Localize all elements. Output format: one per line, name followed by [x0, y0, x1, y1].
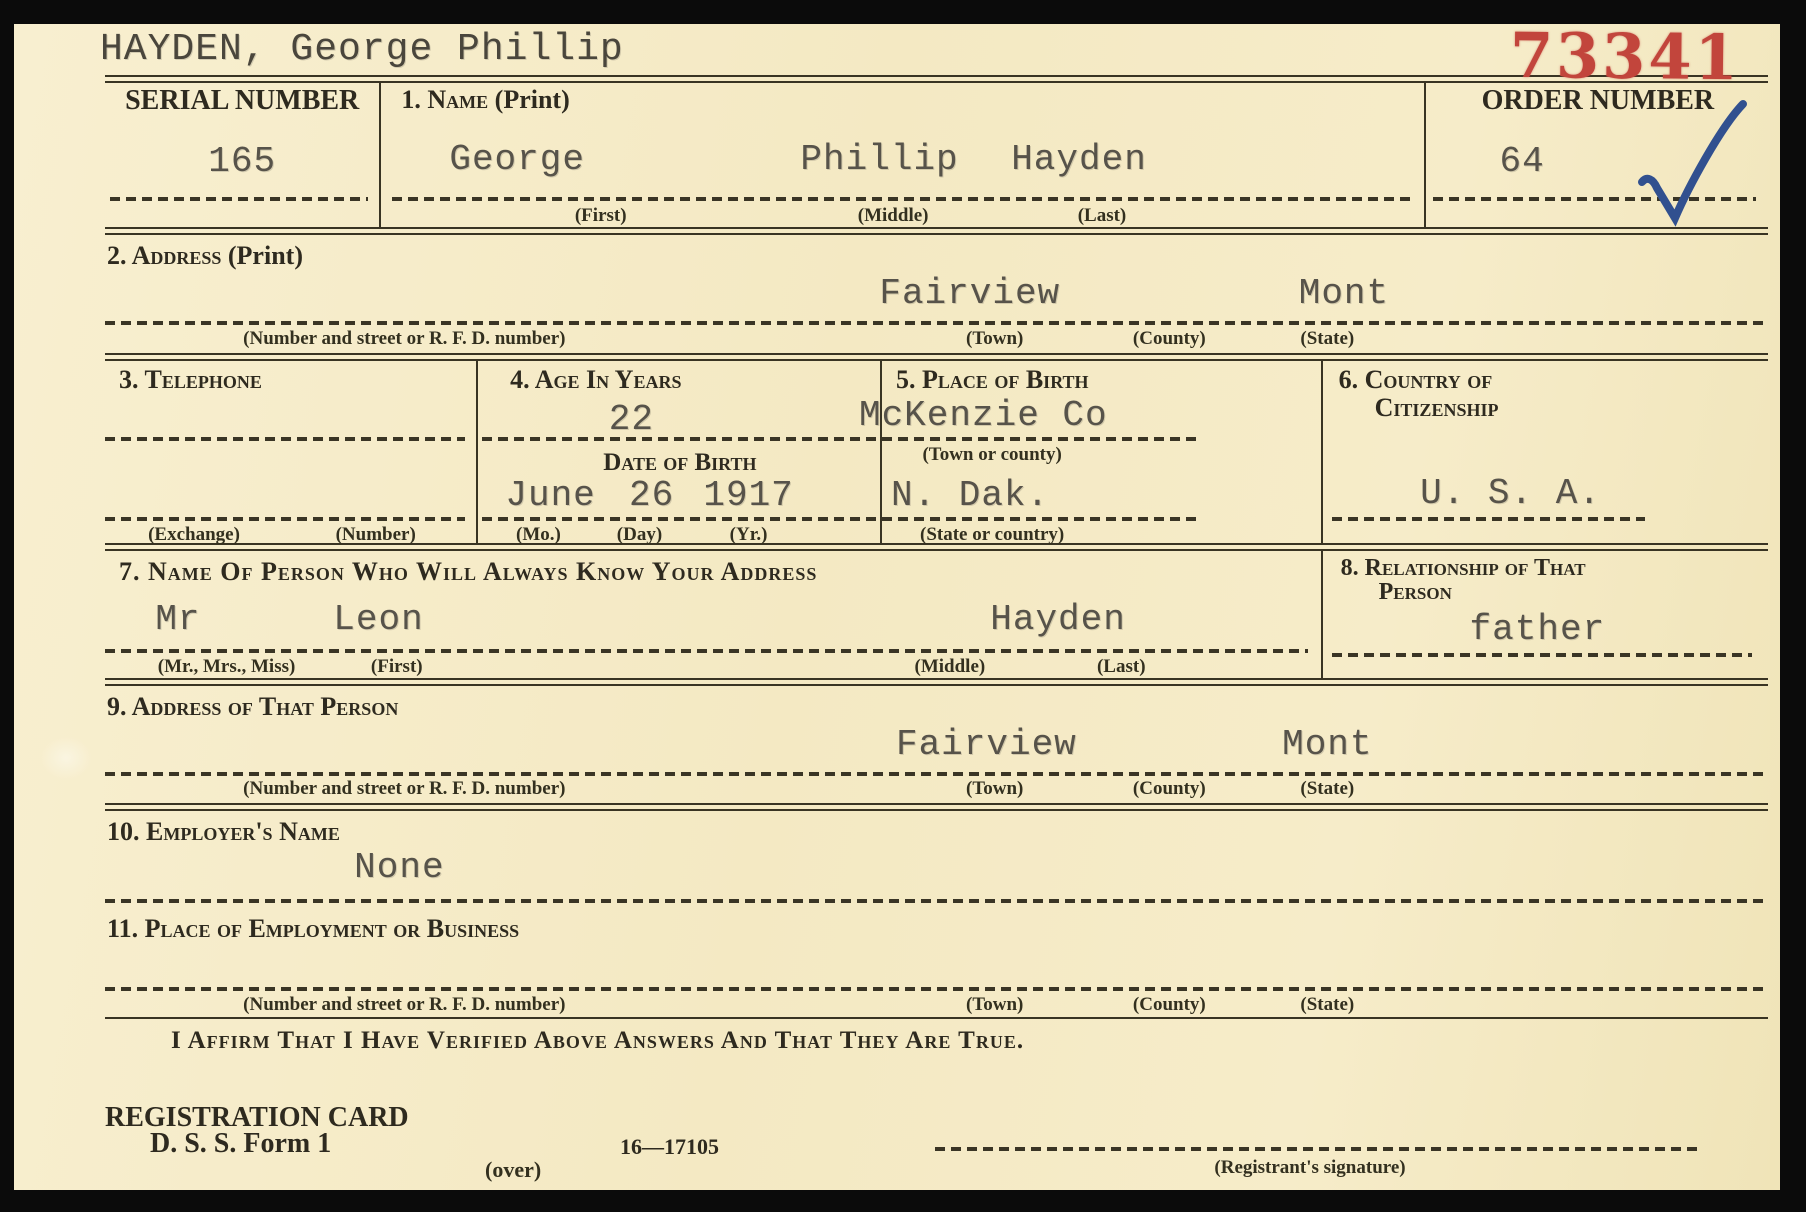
rule-row2-bottom [105, 353, 1768, 361]
order-number-stamp: 73341 [1510, 25, 1741, 89]
name-number-prefix: 1. [401, 85, 421, 114]
contact-title-caption: (Mr., Mrs., Miss) [158, 656, 296, 678]
employment-county-caption: (County) [1133, 994, 1206, 1016]
address-print-hint: (Print) [228, 241, 303, 270]
address-county-caption: (County) [1133, 328, 1206, 350]
contact-middle-caption: (Middle) [915, 656, 986, 678]
age-value: 22 [609, 399, 654, 440]
month-caption: (Mo.) [516, 524, 561, 546]
telephone-bottom-dashed-line [105, 517, 465, 521]
address-label: Address [132, 241, 222, 270]
employer-number-prefix: 10. [107, 817, 140, 846]
contact-address-street-caption: (Number and street or R. F. D. number) [243, 778, 565, 800]
form-number: D. S. S. Form 1 [150, 1128, 331, 1160]
citizenship-dashed-line [1332, 517, 1645, 521]
birth-day-value: 26 [629, 475, 674, 516]
contact-address-state-value: Mont [1282, 724, 1372, 765]
day-caption: (Day) [617, 524, 662, 546]
place-of-birth-label: Place of Birth [922, 365, 1089, 394]
employer-dashed-line [105, 899, 1768, 903]
birth-state-dashed-line [882, 517, 1199, 521]
contact-first-value: Leon [333, 599, 423, 640]
age-mid-dashed-line [482, 437, 878, 441]
employer-value: None [354, 847, 444, 888]
contact-title-value: Mr [155, 599, 200, 640]
relationship-cell: 8. Relationship of That Person father [1321, 551, 1770, 678]
row-employer: 10. Employer's Name None [105, 811, 1768, 908]
first-name-value: George [449, 139, 585, 180]
contact-dashed-line [105, 649, 1308, 653]
name-label: Name [427, 85, 488, 114]
citizenship-value: U. S. A. [1420, 473, 1601, 514]
check-mark-icon [1626, 96, 1756, 232]
serial-number-value: 165 [208, 141, 276, 182]
employment-state-caption: (State) [1300, 994, 1354, 1016]
typed-name-header: HAYDEN, George Phillip [100, 28, 624, 71]
contact-address-state-caption: (State) [1300, 778, 1354, 800]
rule-row9-bottom [105, 803, 1768, 811]
birth-month-value: June [505, 475, 595, 516]
address-state-value: Mont [1299, 273, 1389, 314]
address-street-caption: (Number and street or R. F. D. number) [243, 328, 565, 350]
order-number-value: 64 [1500, 141, 1545, 182]
birth-town-dashed-line [882, 437, 1199, 441]
serial-number-cell: SERIAL NUMBER 165 [105, 83, 379, 227]
affirmation-text: I Affirm That I Have Verified Above Answ… [171, 1027, 1024, 1055]
last-name-value: Hayden [1011, 139, 1147, 180]
scan-blemish [40, 736, 92, 780]
citizenship-cell: 6. Country of Citizenship U. S. A. [1321, 361, 1770, 543]
town-or-county-caption: (Town or county) [922, 444, 1061, 466]
over-hint: (over) [485, 1157, 541, 1183]
address-town-caption: (Town) [966, 328, 1023, 350]
serial-number-label: SERIAL NUMBER [125, 85, 359, 117]
row-contact-address: 9. Address of That Person Fairview Mont … [105, 686, 1768, 803]
age-number-prefix: 4. [510, 365, 530, 394]
signature-dashed-line [935, 1147, 1700, 1151]
telephone-number-prefix: 3. [119, 365, 139, 394]
contact-label: Name Of Person Who Will Always Know Your… [148, 557, 817, 586]
telephone-cell: 3. Telephone (Exchange) (Number) [105, 361, 476, 543]
contact-first-caption: (First) [371, 656, 423, 678]
number-caption: (Number) [336, 524, 416, 546]
relationship-label-line2: Person [1379, 579, 1452, 606]
age-label: Age In Years [535, 365, 682, 394]
place-of-birth-cell: 5. Place of Birth McKenzie Co (Town or c… [880, 361, 1323, 543]
registration-card: HAYDEN, George Phillip 73341 SERIAL NUMB… [14, 24, 1780, 1190]
employment-town-caption: (Town) [966, 994, 1023, 1016]
middle-name-value: Phillip [800, 139, 958, 180]
dob-dashed-line [482, 517, 878, 521]
contact-number-prefix: 7. [119, 557, 141, 586]
contact-address-label: Address of That Person [132, 692, 399, 721]
middle-caption: (Middle) [858, 205, 929, 227]
print-code: 16—17105 [620, 1134, 719, 1160]
year-caption: (Yr.) [730, 524, 768, 546]
date-of-birth-label: Date of Birth [603, 449, 756, 477]
employment-place-label: Place of Employment or Business [145, 914, 520, 943]
name-print-hint: (Print) [495, 85, 570, 114]
first-caption: (First) [575, 205, 627, 227]
relationship-number-prefix: 8. [1341, 555, 1359, 581]
registrant-signature-caption: (Registrant's signature) [1214, 1157, 1405, 1179]
address-number-prefix: 2. [107, 241, 127, 270]
age-cell: 4. Age In Years 22 Date of Birth June 26… [476, 361, 882, 543]
contact-address-town-caption: (Town) [966, 778, 1023, 800]
rule-above-affirmation [105, 1017, 1768, 1019]
contact-last-caption: (Last) [1097, 656, 1146, 678]
row-address: 2. Address (Print) Fairview Mont (Number… [105, 235, 1768, 353]
relationship-value: father [1470, 609, 1606, 650]
row-serial-name-order: SERIAL NUMBER 165 1. Name (Print) George… [105, 83, 1768, 227]
birth-number-prefix: 5. [896, 365, 916, 394]
contact-address-town-value: Fairview [896, 724, 1077, 765]
row-telephone-age-birth-citizenship: 3. Telephone (Exchange) (Number) 4. Age … [105, 361, 1768, 543]
address-state-caption: (State) [1300, 328, 1354, 350]
birth-state-value: N. Dak. [891, 475, 1049, 516]
scanned-draft-card-page: { "scan": { "stamp_number": "73341", "st… [0, 0, 1806, 1212]
serial-dashed-line [110, 197, 368, 201]
row-contact-relationship: 7. Name Of Person Who Will Always Know Y… [105, 551, 1768, 678]
contact-address-county-caption: (County) [1133, 778, 1206, 800]
exchange-caption: (Exchange) [148, 524, 240, 546]
name-dashed-line [392, 197, 1415, 201]
telephone-mid-dashed-line [105, 437, 465, 441]
name-cell: 1. Name (Print) George Phillip Hayden (F… [379, 83, 1425, 227]
last-caption: (Last) [1078, 205, 1127, 227]
telephone-label: Telephone [145, 365, 262, 394]
employment-place-number-prefix: 11. [107, 914, 138, 943]
contact-address-dashed-line [105, 772, 1768, 776]
contact-name-cell: 7. Name Of Person Who Will Always Know Y… [105, 551, 1321, 678]
address-dashed-line [105, 321, 1768, 325]
relationship-dashed-line [1332, 653, 1753, 657]
relationship-label-line1: Relationship of That [1365, 555, 1586, 581]
employment-street-caption: (Number and street or R. F. D. number) [243, 994, 565, 1016]
citizenship-label-line2: Citizenship [1375, 393, 1499, 423]
employer-label: Employer's Name [146, 817, 340, 846]
contact-last-value: Hayden [990, 599, 1126, 640]
address-town-value: Fairview [879, 273, 1060, 314]
contact-address-number-prefix: 9. [107, 692, 127, 721]
employment-place-dashed-line [105, 987, 1768, 991]
rule-row7-bottom [105, 678, 1768, 686]
birth-town-value: McKenzie Co [859, 395, 1108, 436]
row-employment-place: 11. Place of Employment or Business (Num… [105, 908, 1768, 1017]
citizenship-label-line1: Country of [1365, 365, 1493, 394]
birth-year-value: 1917 [703, 475, 793, 516]
state-or-country-caption: (State or country) [920, 524, 1064, 546]
rule-row1-bottom [105, 227, 1768, 235]
citizenship-number-prefix: 6. [1339, 365, 1359, 394]
